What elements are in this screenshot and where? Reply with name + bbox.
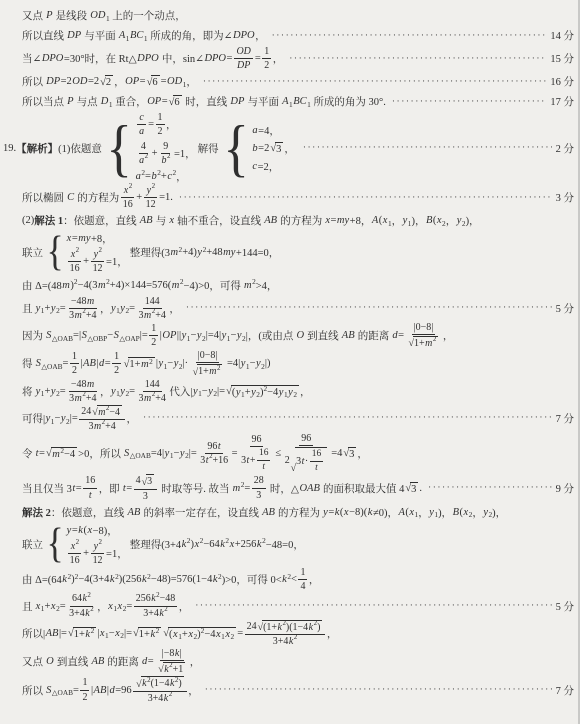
- math-text: ≠0)，: [373, 505, 398, 520]
- line-content: 由 Δ=(48m)2−4(3m2+4)×144=576(m2−4)>0，可得 m…: [22, 278, 277, 293]
- math-text: 与平面: [82, 28, 119, 43]
- subscript: 1: [187, 334, 191, 343]
- math-variable: D: [100, 96, 109, 107]
- superscript: 2: [314, 620, 317, 628]
- fraction-numerator: 96: [299, 433, 313, 446]
- math-text: 代入|: [169, 384, 192, 399]
- math-variable: m: [232, 483, 241, 494]
- math-variable: AB: [262, 507, 276, 518]
- subscript: △OAB: [130, 451, 151, 460]
- sqrt-expression: √1+k2: [133, 627, 161, 640]
- fraction: 256k2−483+4k2: [134, 593, 177, 618]
- solution-line: 因为 S△OAB=|S△OBP−S△OAP|=12|OP||y1−y2|=4|y…: [22, 322, 576, 349]
- dot-leader: ········································…: [289, 54, 546, 64]
- math-text: 与平面: [245, 94, 282, 109]
- math-text: =: [227, 53, 233, 64]
- math-text: −8)(: [349, 507, 367, 518]
- math-text: =4，: [258, 123, 280, 138]
- math-text: =2，: [258, 159, 280, 174]
- sqrt-expression: √6: [169, 95, 182, 108]
- math-text: ): [317, 622, 320, 633]
- fraction-denominator: b2: [159, 154, 172, 166]
- dot-leader: ········································…: [272, 31, 547, 41]
- math-variable: OP: [162, 330, 177, 341]
- fraction-numerator: 24√(1+k2)(1−4k2): [245, 620, 326, 635]
- math-text: 解得: [198, 141, 219, 156]
- fraction-numerator: 96: [250, 434, 264, 447]
- math-text: +1: [173, 664, 184, 675]
- math-text: 联立: [22, 245, 43, 260]
- math-variable: AB: [127, 507, 141, 518]
- fraction-denominator: √1+m2: [406, 335, 442, 349]
- subscript: 1: [289, 100, 293, 109]
- fraction-denominator: 12: [144, 198, 158, 210]
- subscript: 2: [123, 604, 127, 613]
- radicand: 1+k2: [138, 627, 162, 640]
- solution-line: 又点 P 是线段 OD1 上的一个动点，: [22, 6, 576, 25]
- math-text: ≤: [275, 448, 281, 459]
- fraction: 12: [149, 323, 158, 348]
- math-text: 4: [136, 475, 141, 486]
- solution-line: 解法 2：依题意，直线 AB 的斜率一定存在，设直线 AB 的方程为 y=k(x…: [22, 503, 576, 522]
- math-variable: OD: [236, 46, 251, 57]
- math-text: 2: [82, 692, 87, 703]
- line-content: 由 Δ=(64k2)2−4(3+4k2)(256k2−48)=576(1−4k2…: [22, 567, 319, 592]
- math-text: <: [291, 574, 297, 585]
- math-variable: DP: [46, 76, 61, 87]
- math-text: =2: [258, 143, 269, 154]
- math-text: +4: [105, 421, 116, 432]
- solution-line: 由 Δ=(64k2)2−4(3+4k2)(256k2−48)=576(1−4k2…: [22, 567, 576, 592]
- subscript: △OAB: [41, 362, 62, 371]
- subscript: 1: [221, 632, 225, 641]
- superscript: 2: [149, 357, 153, 366]
- math-text: +: [83, 256, 89, 267]
- math-text: 由 Δ=(64: [22, 572, 62, 587]
- subscript: 1: [246, 362, 250, 371]
- math-text: 当且仅当 3: [22, 481, 72, 496]
- math-text: 3: [256, 490, 261, 501]
- superscript: 2: [82, 308, 85, 316]
- line-content: 当且仅当 3t=16t，即 t=4√33 时取等号. 故当 m2=283 时，△…: [22, 474, 422, 501]
- math-text: =4|: [151, 448, 164, 459]
- solution-line: 将 y1+y2=−48m3m2+4，y1y2=1443m2+4代入|y1−y2|…: [22, 379, 576, 404]
- math-variable: B: [425, 215, 432, 226]
- math-text: 3: [411, 484, 416, 495]
- subscript: 2: [125, 306, 129, 315]
- system-row: a=4，: [252, 123, 280, 138]
- fraction-denominator: 3: [254, 489, 263, 501]
- fraction-denominator: 3t2+16: [198, 454, 230, 466]
- math-variable: my: [336, 215, 349, 226]
- fraction-denominator: 2: [156, 125, 165, 137]
- math-text: 12: [93, 555, 103, 566]
- score-marker: 9 分: [556, 481, 574, 496]
- solution-line: 所以椭圆 C 的方程为x216+y212=1.·················…: [22, 185, 576, 210]
- math-text: 3+4: [143, 608, 159, 619]
- fraction-numerator: 1: [262, 46, 271, 59]
- radicand: (x1+x2)2−4x1x2: [168, 627, 236, 640]
- subscript: 1: [284, 390, 288, 399]
- math-variable: OD: [90, 10, 106, 21]
- superscript: 2: [115, 572, 119, 581]
- subscript: 1: [113, 604, 117, 613]
- math-text: =: [60, 303, 66, 314]
- math-text: =: [76, 483, 82, 494]
- fraction-denominator: DP: [235, 59, 253, 71]
- math-text: 144: [145, 296, 160, 307]
- line-content: 所以 S△OAB=12|AB|d=96√k2(1−4k2)3+4k2，: [22, 676, 199, 703]
- fraction-numerator: 4√3: [134, 474, 157, 489]
- math-text: |=: [189, 448, 197, 459]
- subscript: 2: [261, 362, 265, 371]
- subscript: △OAP: [119, 334, 139, 343]
- subscript: 2: [293, 390, 297, 399]
- sqrt-expression: √3: [405, 482, 418, 495]
- superscript: 2: [147, 572, 151, 581]
- math-text: 的方程为: [75, 190, 120, 205]
- math-text: 2: [158, 126, 163, 137]
- math-text: 所以|: [22, 626, 45, 641]
- superscript: 2: [187, 536, 191, 545]
- subscript: 1: [415, 510, 419, 519]
- superscript: 2: [156, 592, 159, 600]
- equation-system: {a=4，b=2√3，c=2，: [221, 123, 295, 174]
- system-row: a2=b2+c2，: [135, 169, 187, 184]
- math-variable: c: [139, 112, 144, 123]
- fraction: 9b2: [159, 141, 172, 166]
- math-text: .: [419, 483, 422, 494]
- fraction: ODDP: [234, 46, 253, 71]
- solution-line: 所以|AB|=√1+k2|x1−x2|=√1+k2√(x1+x2)2−4x1x2…: [22, 620, 576, 647]
- math-text: ，: [100, 301, 111, 316]
- superscript: 2: [217, 365, 220, 373]
- dot-leader: ········································…: [203, 77, 547, 87]
- fraction-denominator: 3: [141, 490, 150, 502]
- subscript: 2: [231, 632, 235, 641]
- superscript: 2: [152, 308, 155, 316]
- math-variable: m: [74, 393, 82, 404]
- fraction-denominator: a: [137, 125, 147, 137]
- math-variable: m: [425, 338, 433, 349]
- subscript: 1: [41, 306, 45, 315]
- subscript: 2: [469, 510, 473, 519]
- fraction-numerator: √k2(1−4k2): [133, 676, 187, 691]
- math-text: =: [105, 358, 111, 369]
- sqrt-expression: √6: [147, 75, 160, 88]
- math-variable: OAB: [299, 483, 320, 494]
- subscript: 2: [66, 417, 70, 426]
- math-variable: O: [296, 330, 305, 341]
- line-content: 当∠DPO=30°时，在 Rt△DPO 中，sin∠DPO=ODDP=12，: [22, 46, 283, 71]
- superscript: 2: [252, 277, 256, 286]
- math-text: +: [83, 548, 89, 559]
- fraction-numerator: |0−8|: [196, 350, 220, 363]
- math-text: 所以: [22, 683, 46, 698]
- math-text: ：依题意，直线: [63, 213, 139, 228]
- math-variable: O: [46, 656, 55, 667]
- subscript: 1: [178, 632, 182, 641]
- math-text: 2: [151, 337, 156, 348]
- math-text: +144=0，: [236, 245, 279, 260]
- solution-line: 当∠DPO=30°时，在 Rt△DPO 中，sin∠DPO=ODDP=12，··…: [22, 46, 576, 71]
- fraction-numerator: 1: [80, 677, 89, 690]
- superscript: 2: [209, 453, 212, 461]
- math-variable: A: [371, 215, 378, 226]
- math-text: =: [237, 628, 243, 639]
- math-text: 上的一个动点，: [110, 8, 186, 23]
- radicand: 1+m2: [128, 357, 154, 370]
- math-text: −4: [204, 629, 215, 640]
- solution-line: 令 t=√m2−4>0，所以 S△OAB=4|y1−y2|=96t3t2+16=…: [22, 433, 576, 473]
- math-text: 1: [114, 351, 119, 362]
- solution-line: (2)解法 1：依题意，直线 AB 与 x 轴不重合，设直线 AB 的方程为 x…: [22, 211, 576, 230]
- bold-label: 解法 2: [22, 505, 51, 520]
- math-text: 与: [153, 213, 169, 228]
- line-content: 解法 2：依题意，直线 AB 的斜率一定存在，设直线 AB 的方程为 y=k(x…: [22, 505, 506, 520]
- superscript: 2: [99, 539, 102, 547]
- math-text: +: [152, 148, 158, 159]
- line-content: 令 t=√m2−4>0，所以 S△OAB=4|y1−y2|=96t3t2+16=…: [22, 433, 368, 473]
- math-text: 到直线: [54, 654, 91, 669]
- math-text: 96: [301, 433, 311, 444]
- radicand: 1+m2: [413, 336, 438, 349]
- math-text: 6: [174, 97, 179, 108]
- math-text: =: [39, 448, 45, 459]
- subscript: 1: [198, 389, 202, 398]
- solution-line: 且 y1+y2=−48m3m2+4，y1y2=1443m2+4，········…: [22, 296, 576, 321]
- subscript: 2: [242, 334, 246, 343]
- math-text: )>0，可得 0<: [222, 572, 282, 587]
- system-rows: x=my+8，x216+y212=1，: [66, 231, 128, 274]
- math-text: |: [180, 648, 182, 659]
- subscript: 2: [185, 451, 189, 460]
- math-text: ，: [443, 328, 454, 343]
- math-text: 整理得(3: [130, 245, 170, 260]
- math-variable: my: [223, 247, 236, 258]
- fraction: |0−8|√1+m2: [406, 322, 442, 349]
- fraction-denominator: √k2+1: [155, 661, 188, 675]
- subscript: 1: [106, 14, 110, 23]
- line-content: 所以椭圆 C 的方程为x216+y212=1.: [22, 185, 173, 210]
- math-text: =96: [115, 685, 131, 696]
- dot-leader: ········································…: [303, 143, 552, 153]
- math-text: ：依题意，直线: [51, 505, 127, 520]
- subscript: 1: [388, 219, 392, 228]
- math-text: +8，: [350, 213, 372, 228]
- fraction: |0−8|√1+m2: [190, 350, 226, 377]
- fraction-numerator: y2: [91, 541, 104, 554]
- math-text: ，: [169, 301, 180, 316]
- math-variable: m: [144, 393, 152, 404]
- math-text: =: [73, 685, 79, 696]
- math-variable: DP: [230, 96, 245, 107]
- math-text: 的斜率一定存在，设直线: [141, 505, 262, 520]
- math-text: =1.: [159, 192, 173, 203]
- fraction: 12: [262, 46, 271, 71]
- superscript: 2: [201, 626, 205, 635]
- fraction-denominator: 2: [80, 691, 89, 703]
- subscript: 1: [116, 306, 120, 315]
- fraction-denominator: 16: [68, 554, 82, 566]
- math-text: |=: [140, 330, 148, 341]
- math-text: 且: [22, 301, 35, 316]
- equation-system: {y=k(x−8)，x216+y212=1，: [45, 523, 128, 566]
- math-text: =4: [331, 448, 342, 459]
- sqrt-expression: √(x1+x2)2−4x1x2: [163, 627, 236, 640]
- fraction: x216: [68, 249, 82, 274]
- subscript: 2: [489, 510, 493, 519]
- dot-leader: ········································…: [186, 303, 552, 313]
- brace-glyph: {: [106, 125, 132, 172]
- math-text: 16: [312, 449, 321, 460]
- dot-leader: ········································…: [205, 685, 552, 695]
- math-text: 时，直线: [183, 94, 230, 109]
- fraction-numerator: c: [137, 112, 146, 125]
- superscript: 2: [87, 592, 90, 600]
- math-text: 16: [70, 555, 80, 566]
- fraction: 16t: [310, 449, 323, 473]
- subscript: 2: [202, 334, 206, 343]
- math-text: +4: [86, 310, 97, 321]
- subscript: 1: [51, 417, 55, 426]
- dot-leader: ········································…: [195, 601, 551, 611]
- sqrt-expression: √k2(1−4k2): [136, 676, 184, 689]
- math-variable: AB: [93, 685, 107, 696]
- sqrt-expression: √(1+k2)(1−4k2): [258, 620, 323, 633]
- fraction: y212: [91, 249, 105, 274]
- math-variable: DPO: [41, 53, 64, 64]
- math-text: =2: [61, 76, 72, 87]
- subscript: 1: [105, 631, 109, 640]
- fraction-denominator: 2: [112, 364, 121, 376]
- math-text: )(256: [119, 574, 142, 585]
- system-row: x216+y212=1，: [66, 541, 128, 566]
- math-text: 所以: [22, 74, 46, 89]
- math-text: 将: [22, 384, 35, 399]
- math-text: 1+: [198, 366, 209, 377]
- line-content: 将 y1+y2=−48m3m2+4，y1y2=1443m2+4代入|y1−y2|…: [22, 379, 310, 404]
- fraction: 64k23+4k2: [67, 593, 96, 618]
- math-text: 2: [285, 455, 290, 466]
- math-text: +256: [235, 539, 257, 550]
- line-content: 所以 DP=2OD=2√2，OP=√6=OD1，: [22, 74, 197, 89]
- math-text: 3: [349, 449, 354, 460]
- score-marker: 7 分: [556, 411, 574, 426]
- math-text: ，: [100, 384, 111, 399]
- math-text: ，: [472, 505, 483, 520]
- superscript: 2: [180, 277, 184, 286]
- fraction: |−8k|√k2+1: [155, 648, 188, 675]
- math-text: =: [162, 96, 168, 107]
- math-text: 16: [70, 263, 80, 274]
- score-marker: 14 分: [550, 28, 574, 43]
- solution-line: 所以 S△OAB=12|AB|d=96√k2(1−4k2)3+4k2，·····…: [22, 676, 576, 703]
- math-text: )，: [492, 505, 506, 520]
- line-content: 19.【解析】(1)依题意{ca=12，4a2+9b2=1，a2=b2+c2，解…: [3, 112, 297, 184]
- bold-label: 【解析】: [16, 141, 58, 156]
- superscript: 2: [106, 405, 109, 413]
- superscript: 2: [102, 419, 105, 427]
- math-text: ，: [446, 213, 457, 228]
- math-text: 3+4: [69, 608, 85, 619]
- math-variable: A: [282, 96, 289, 107]
- system-row: x216+y212=1，: [66, 249, 128, 274]
- math-variable: DP: [67, 30, 82, 41]
- math-text: 16: [123, 199, 133, 210]
- fraction-denominator: 12: [91, 262, 105, 274]
- fraction-numerator: y2: [91, 249, 104, 262]
- solution-line: 且 x1+x2=64k23+4k2，x1x2=256k2−483+4k2，···…: [22, 593, 576, 618]
- math-text: ，: [327, 626, 338, 641]
- fraction-numerator: 1: [70, 351, 79, 364]
- fraction-denominator: 3m2+4: [67, 392, 98, 404]
- fraction-numerator: x2: [121, 185, 134, 198]
- fraction: 14: [298, 567, 307, 592]
- math-text: 中，sin∠: [159, 51, 204, 66]
- math-text: 整理得(3+4: [130, 537, 181, 552]
- math-text: 96: [207, 441, 217, 452]
- math-text: 9: [163, 141, 168, 152]
- fraction-denominator: 3+4k2: [67, 607, 96, 619]
- superscript: 2: [82, 391, 85, 399]
- math-text: ，: [166, 117, 177, 132]
- fraction: 962√3t·16t: [283, 433, 330, 473]
- fraction-numerator: 1: [298, 567, 307, 580]
- superscript: 2: [60, 446, 64, 455]
- math-variable: a: [139, 126, 145, 137]
- brace-glyph: {: [47, 529, 64, 561]
- math-text: 的距离: [105, 654, 142, 669]
- math-text: ，: [273, 51, 284, 66]
- math-variable: AB: [341, 330, 355, 341]
- math-text: 所以当点: [22, 94, 67, 109]
- math-variable: OP: [147, 96, 162, 107]
- math-variable: P: [67, 96, 74, 107]
- superscript: 2: [75, 572, 79, 581]
- dot-leader: ········································…: [392, 97, 546, 107]
- system-row: c=2，: [252, 159, 279, 174]
- brace-glyph: {: [47, 237, 64, 269]
- math-text: −4)>0，可得: [184, 278, 244, 293]
- score-marker: 16 分: [550, 74, 574, 89]
- math-text: −48: [71, 379, 87, 390]
- fraction-denominator: 3+4k2: [271, 635, 300, 647]
- math-text: 的方程为: [278, 213, 325, 228]
- fraction-numerator: y2: [144, 185, 157, 198]
- superscript: 2: [433, 336, 436, 344]
- math-text: 时，△: [267, 481, 299, 496]
- sqrt-expression: √3: [142, 474, 154, 487]
- math-text: |): [265, 358, 271, 369]
- math-text: (1+: [263, 622, 277, 633]
- superscript: 2: [200, 536, 204, 545]
- superscript: 2: [172, 168, 176, 177]
- math-text: 又点: [22, 654, 46, 669]
- superscript: 2: [76, 247, 79, 255]
- math-text: 28: [254, 475, 264, 486]
- line-content: 所以直线 DP 与平面 A1BC1 所成的角，即为∠DPO，: [22, 28, 266, 43]
- solution-line: 19.【解析】(1)依题意{ca=12，4a2+9b2=1，a2=b2+c2，解…: [3, 112, 576, 184]
- subscript: 1: [41, 389, 45, 398]
- math-variable: OD: [72, 76, 88, 87]
- math-text: 4: [141, 141, 146, 152]
- solution-line: 当且仅当 3t=16t，即 t=4√33 时取等号. 故当 m2=283 时，△…: [22, 474, 576, 501]
- math-text: ，即: [99, 481, 123, 496]
- equation-system: {x=my+8，x216+y212=1，: [45, 231, 128, 274]
- math-text: 令: [22, 446, 35, 461]
- math-text: =: [129, 386, 135, 397]
